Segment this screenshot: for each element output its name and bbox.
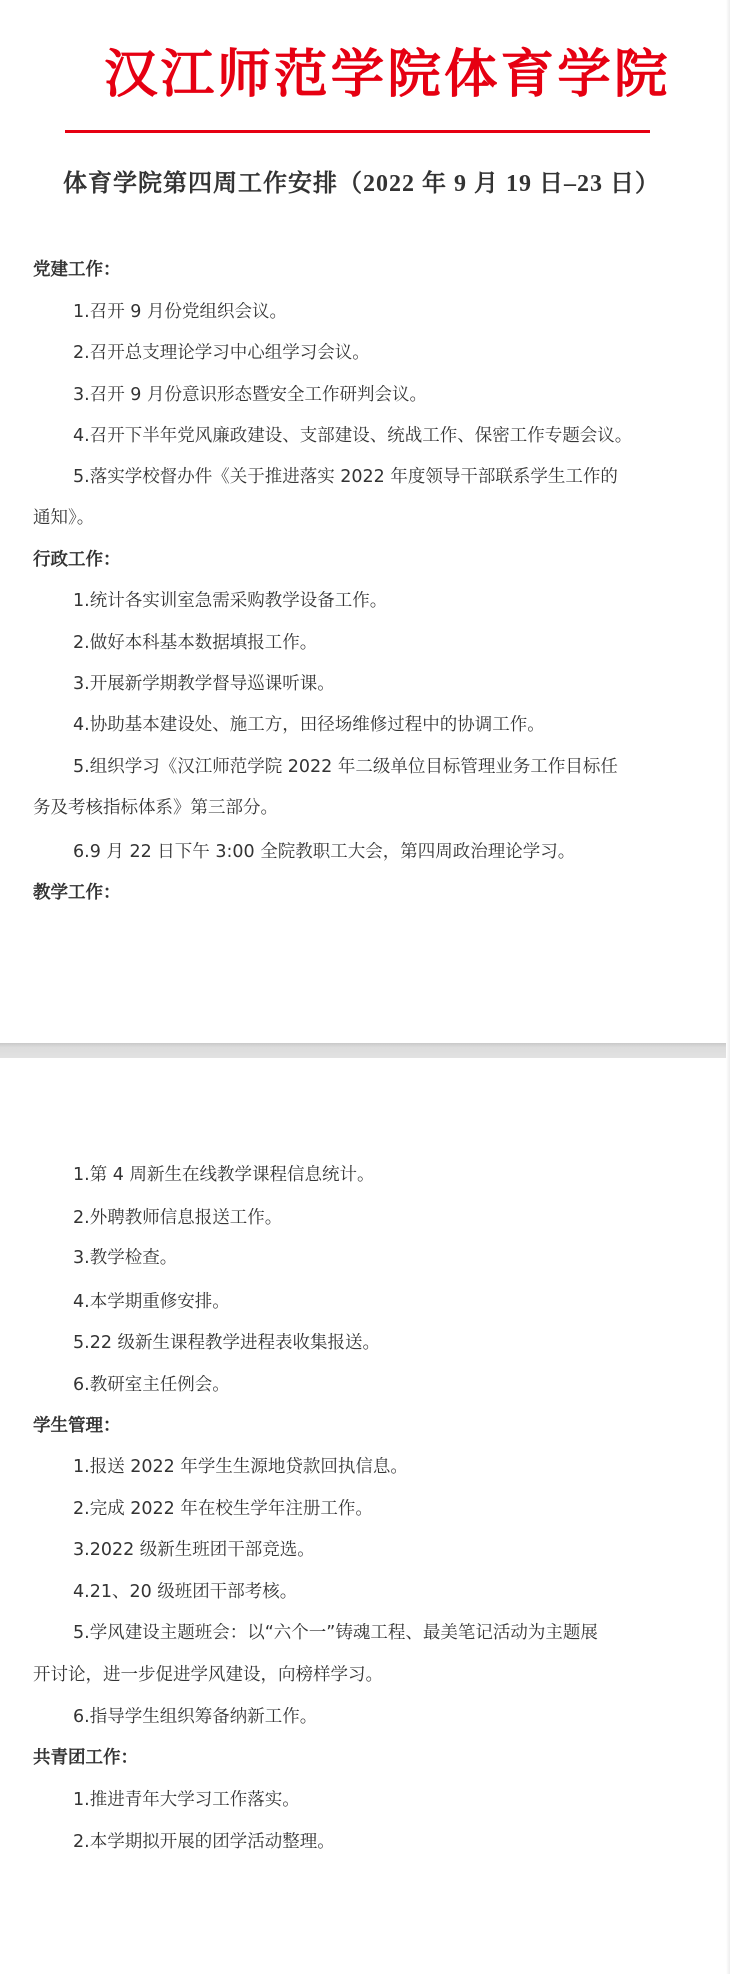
list-item: 2.本学期拟开展的团学活动整理。 [73,1827,335,1857]
list-item: 5.组织学习《汉江师范学院 2022 年二级单位目标管理业务工作目标任 [73,752,618,782]
list-item: 5.落实学校督办件《关于推进落实 2022 年度领导干部联系学生工作的 [73,462,618,492]
list-item: 2.做好本科基本数据填报工作。 [73,628,317,658]
section-heading-party: 党建工作： [33,255,121,285]
page-separator [0,1043,730,1058]
list-item: 4.本学期重修安排。 [73,1287,230,1317]
list-item: 6.9 月 22 日下午 3:00 全院教职工大会，第四周政治理论学习。 [73,837,575,867]
list-item: 2.完成 2022 年在校生学年注册工作。 [73,1494,373,1524]
schedule-subtitle: 体育学院第四周工作安排（2022 年 9 月 19 日–23 日） [63,168,660,200]
list-item: 4.协助基本建设处、施工方，田径场维修过程中的协调工作。 [73,710,545,740]
list-item: 3.教学检查。 [73,1243,177,1273]
list-item: 5.学风建设主题班会：以“六个一”铸魂工程、最美笔记活动为主题展 [73,1618,598,1648]
list-item-continuation: 开讨论，进一步促进学风建设，向榜样学习。 [33,1660,383,1690]
org-title: 汉江师范学院体育学院 [104,44,629,108]
list-item: 2.外聘教师信息报送工作。 [73,1203,282,1233]
list-item: 5.22 级新生课程教学进程表收集报送。 [73,1328,380,1358]
list-item: 4.21、20 级班团干部考核。 [73,1577,297,1607]
list-item: 6.教研室主任例会。 [73,1370,230,1400]
list-item: 1.召开 9 月份党组织会议。 [73,297,287,327]
section-heading-teaching: 教学工作： [33,878,121,908]
section-heading-youth-league: 共青团工作： [33,1743,138,1773]
list-item-continuation: 务及考核指标体系》第三部分。 [33,793,278,823]
page-edge-shadow [726,0,730,1974]
list-item: 2.召开总支理论学习中心组学习会议。 [73,338,370,368]
list-item: 3.召开 9 月份意识形态暨安全工作研判会议。 [73,380,427,410]
list-item: 4.召开下半年党风廉政建设、支部建设、统战工作、保密工作专题会议。 [73,421,632,451]
list-item: 6.指导学生组织筹备纳新工作。 [73,1702,317,1732]
list-item: 1.第 4 周新生在线教学课程信息统计。 [73,1160,374,1190]
list-item: 1.统计各实训室急需采购教学设备工作。 [73,586,387,616]
section-heading-admin: 行政工作： [33,545,121,575]
list-item: 1.推进青年大学习工作落实。 [73,1785,300,1815]
section-heading-students: 学生管理： [33,1411,121,1441]
red-divider [65,130,650,133]
list-item: 1.报送 2022 年学生生源地贷款回执信息。 [73,1452,408,1482]
list-item-continuation: 通知》。 [33,503,94,533]
list-item: 3.2022 级新生班团干部竞选。 [73,1535,315,1565]
list-item: 3.开展新学期教学督导巡课听课。 [73,669,335,699]
